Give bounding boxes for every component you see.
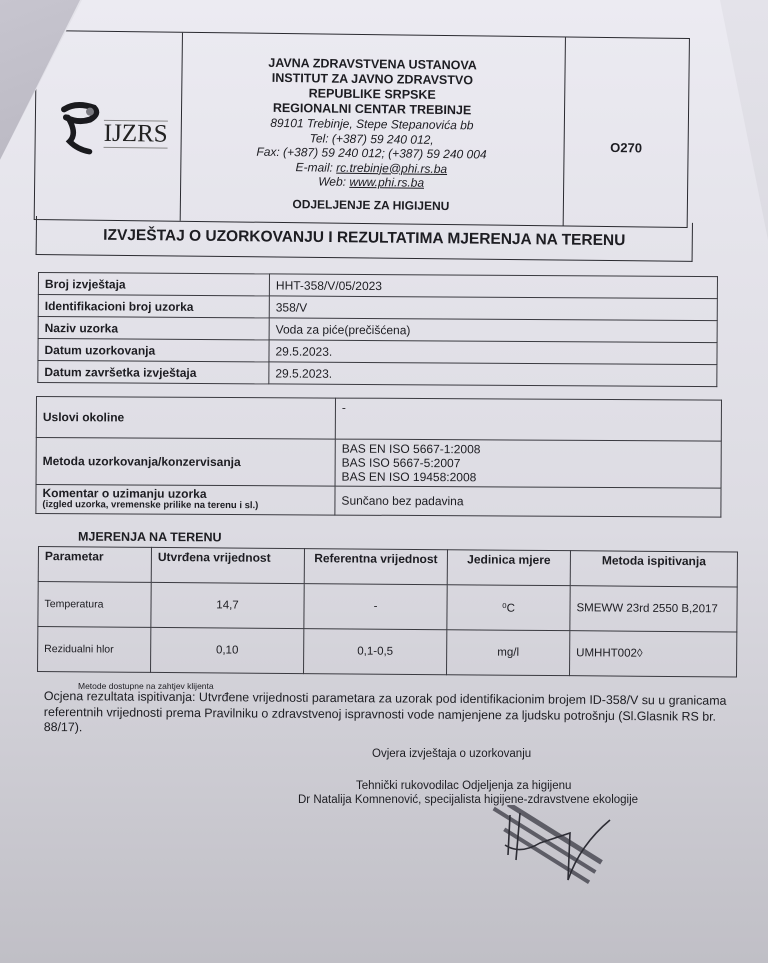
header-box: IJZRS JAVNA ZDRAVSTVENA USTANOVA INSTITU… (34, 30, 690, 228)
col-header: Parametar (38, 547, 151, 583)
row-label: Broj izvještaja (38, 273, 269, 296)
signature-stamp-icon (450, 805, 620, 925)
row-label: Identifikacioni broj uzorka (38, 295, 269, 318)
row-label: Datum uzorkovanja (38, 339, 269, 362)
parameter: Temperatura (38, 582, 151, 628)
reference-value: - (304, 584, 447, 630)
report-info-table: Broj izvještajaHHT-358/V/05/2023 Identif… (37, 272, 718, 387)
table-row: Komentar o uzimanju uzorka (izgled uzork… (36, 485, 721, 518)
col-header: Utvrđena vrijednost (151, 547, 304, 583)
col-header: Metoda ispitivanja (570, 551, 737, 587)
measured-value: 0,10 (151, 627, 304, 673)
table-row: Datum završetka izvještaja29.5.2023. (38, 361, 717, 387)
web-link[interactable]: www.phi.rs.ba (349, 175, 424, 190)
code-cell: O270 (563, 37, 689, 227)
institution-block: JAVNA ZDRAVSTVENA USTANOVA INSTITUT ZA J… (181, 33, 563, 226)
reference-value: 0,1-0,5 (304, 629, 447, 675)
document-page: IJZRS JAVNA ZDRAVSTVENA USTANOVA INSTITU… (0, 0, 768, 963)
row-value: HHT-358/V/05/2023 (269, 274, 717, 299)
logo-text: IJZRS (104, 120, 168, 149)
col-header: Jedinica mjere (447, 550, 570, 586)
ijzrs-logo-icon (55, 93, 104, 156)
measurements-title: MJERENJA NA TERENU (78, 530, 222, 545)
test-method: UMHHT002◊ (569, 631, 736, 677)
unit: mg/l (447, 630, 570, 676)
table-row: Metoda uzorkovanja/konzervisanja BAS EN … (36, 438, 721, 489)
row-value: Voda za piće(prečišćena) (269, 318, 717, 343)
conditions-value: - (335, 398, 721, 441)
comment-value: Sunčano bez padavina (335, 486, 721, 517)
sampling-table: Uslovi okoline - Metoda uzorkovanja/konz… (35, 396, 722, 518)
signatory-role: Tehnički rukovodilac Odjeljenja za higij… (356, 780, 571, 792)
unit: ⁰C (447, 585, 570, 631)
assessment-text: Ocjena rezultata ispitivanja: Utvrđene v… (44, 689, 744, 740)
col-header: Referentna vrijednost (304, 549, 447, 585)
test-method: SMEWW 23rd 2550 B,2017 (570, 586, 737, 632)
conditions-label: Uslovi okoline (36, 397, 335, 440)
table-row: Uslovi okoline - (36, 397, 721, 442)
email-link[interactable]: rc.trebinje@phi.rs.ba (336, 160, 447, 175)
row-value: 358/V (269, 296, 717, 321)
row-label: Naziv uzorka (38, 317, 269, 340)
email-label: E-mail: (295, 160, 336, 174)
table-row: Temperatura 14,7 - ⁰C SMEWW 23rd 2550 B,… (38, 582, 737, 632)
parameter: Rezidualni hlor (38, 627, 151, 673)
row-value: 29.5.2023. (269, 362, 717, 387)
document-code: O270 (565, 139, 688, 156)
method-label: Metoda uzorkovanja/konzervisanja (36, 438, 335, 487)
department: ODJELJENJE ZA HIGIJENU (181, 195, 561, 215)
row-label: Datum završetka izvještaja (38, 361, 269, 384)
row-value: 29.5.2023. (269, 340, 717, 365)
table-row: Rezidualni hlor 0,10 0,1-0,5 mg/l UMHHT0… (38, 627, 737, 677)
report-title: IZVJEŠTAJ O UZORKOVANJU I REZULTATIMA MJ… (36, 216, 693, 262)
verification-label: Ovjera izvještaja o uzorkovanju (372, 748, 531, 760)
measured-value: 14,7 (151, 582, 304, 628)
comment-sublabel: (izgled uzorka, vremenske prilike na ter… (42, 499, 328, 512)
table-header-row: Parametar Utvrđena vrijednost Referentna… (38, 547, 737, 587)
web-label: Web: (318, 174, 349, 188)
measurements-table: Parametar Utvrđena vrijednost Referentna… (37, 546, 738, 677)
logo-cell: IJZRS (35, 31, 183, 221)
method-value: BAS EN ISO 19458:2008 (342, 470, 715, 486)
